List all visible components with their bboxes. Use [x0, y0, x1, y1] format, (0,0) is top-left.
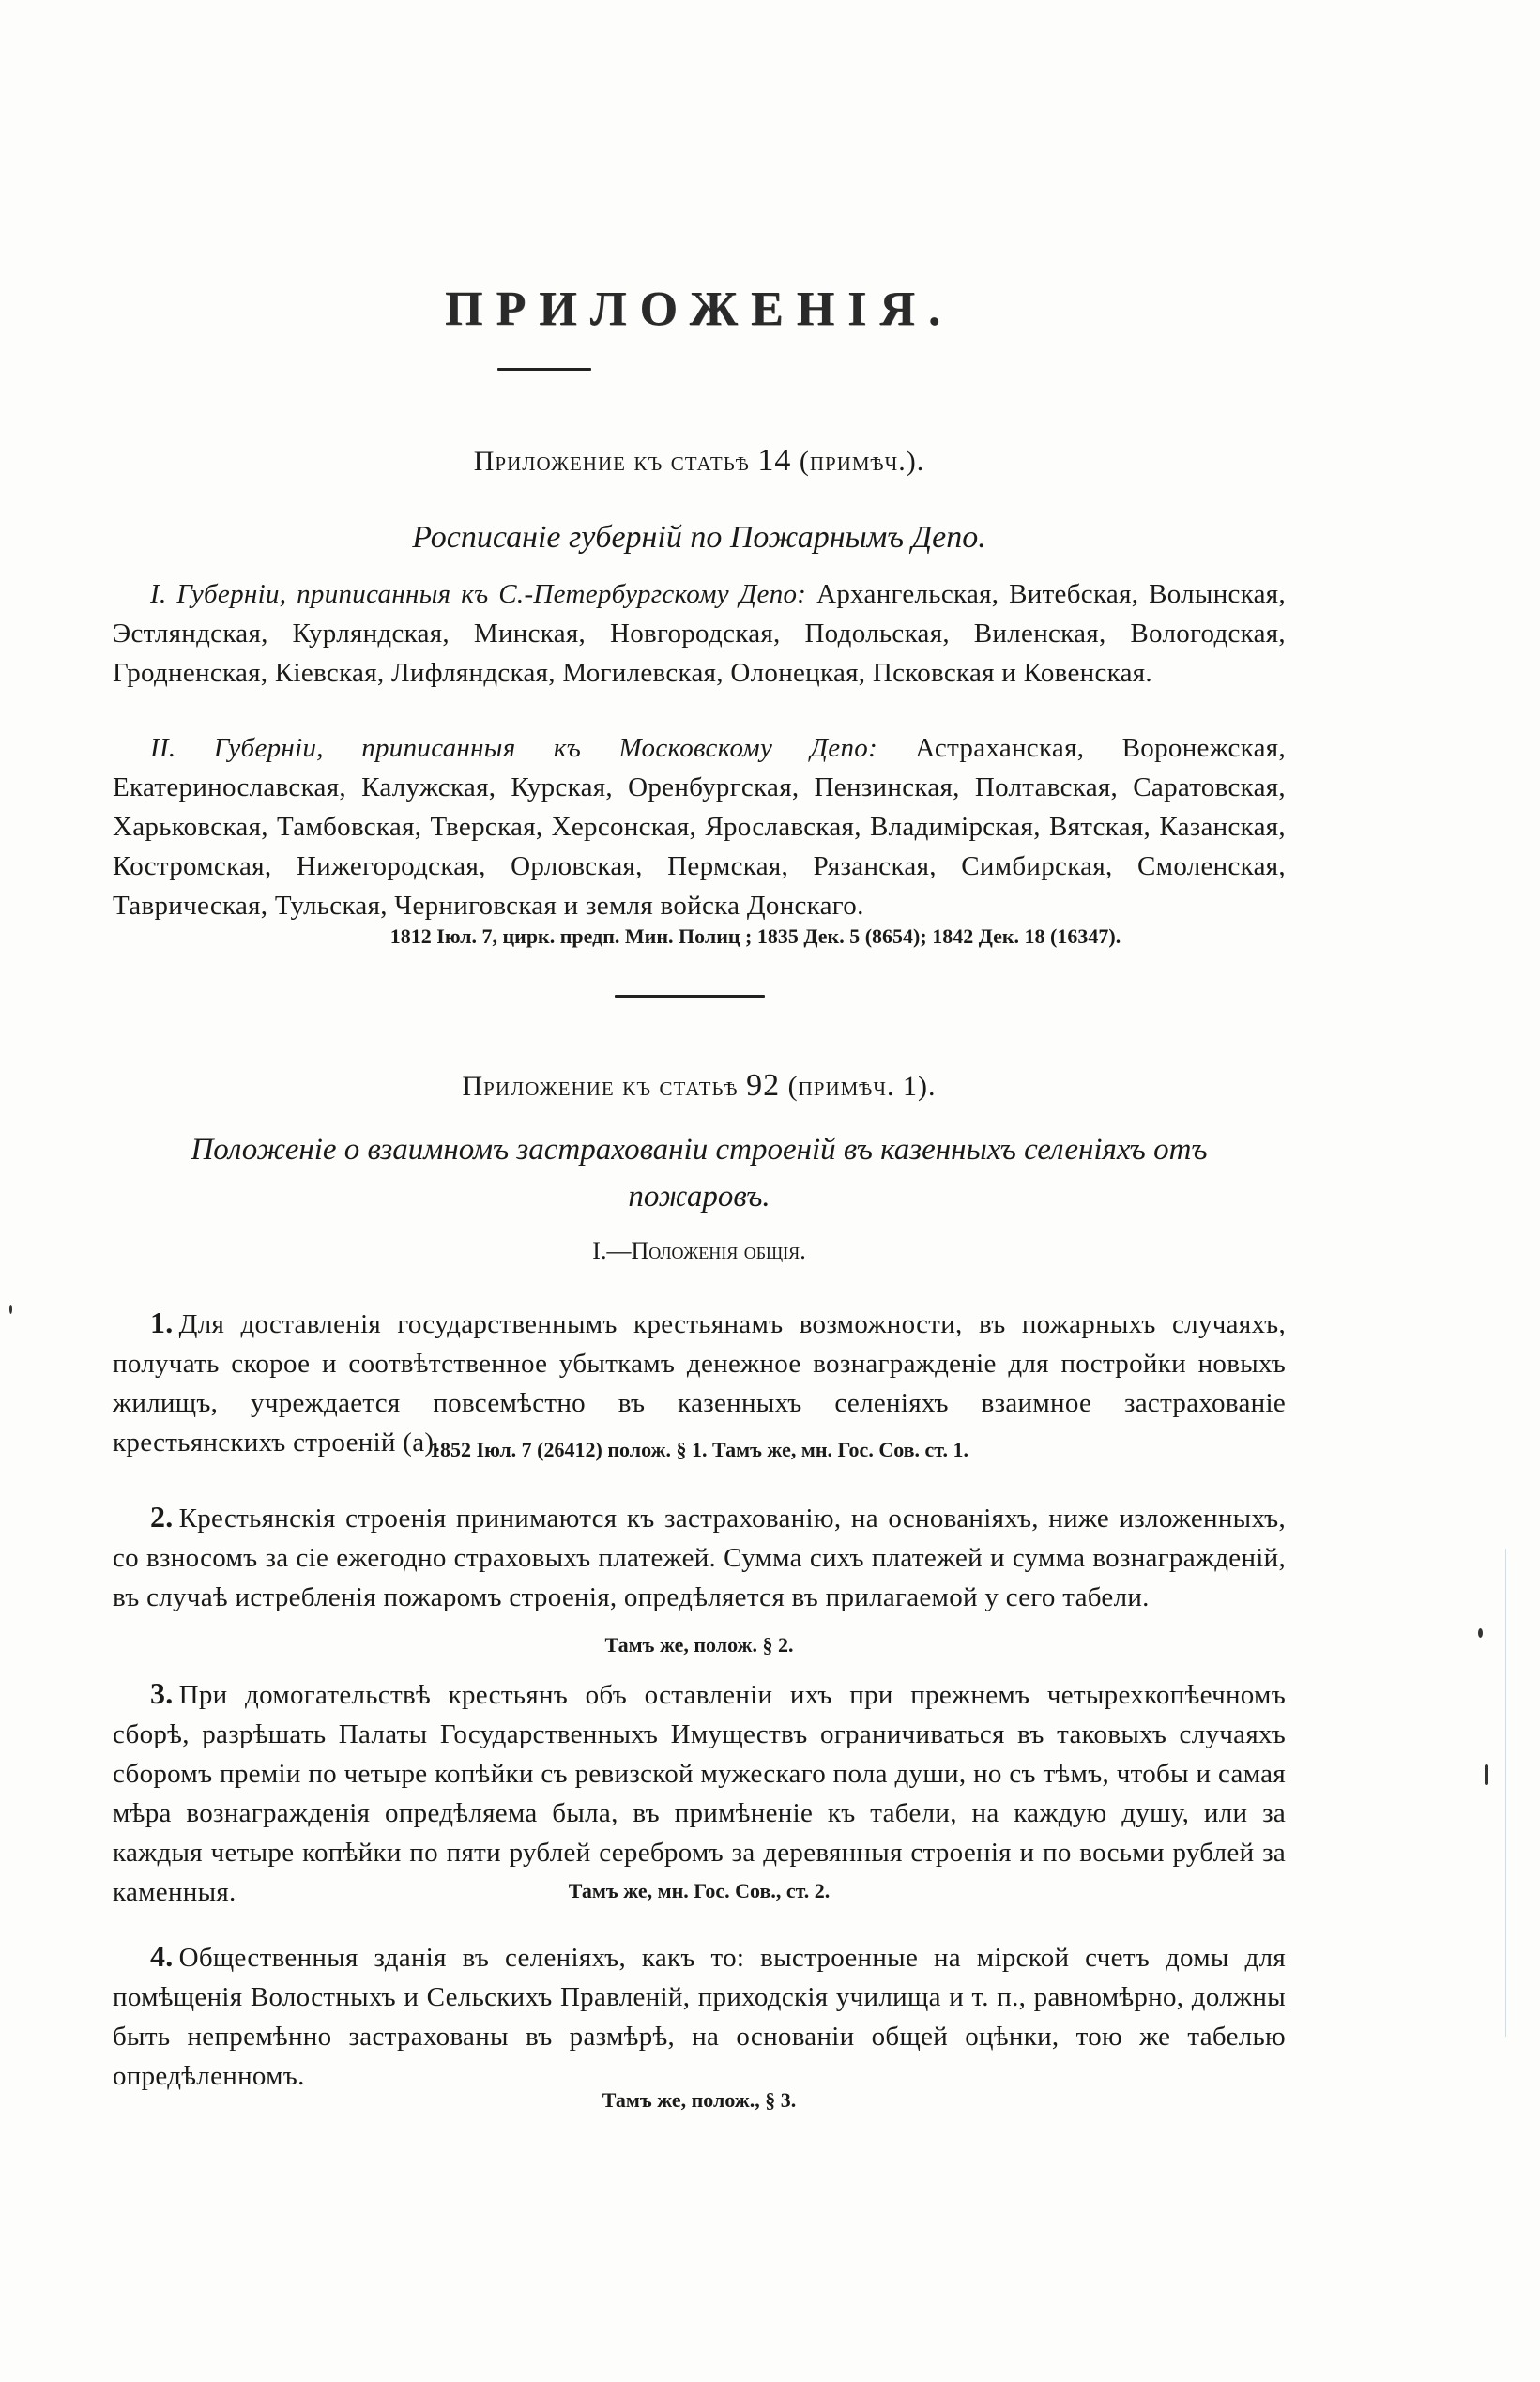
appendix-divider: [615, 995, 765, 998]
article-2-number: 2.: [150, 1500, 174, 1534]
article-2-text: Крестьянскія строенія принимаются къ зас…: [113, 1504, 1286, 1612]
scan-speck: [1478, 1628, 1483, 1638]
depot-moscow-paragraph: II. Губерніи, приписанныя къ Московскому…: [113, 728, 1286, 925]
appendix-2-subtitle-line-2: пожаровъ.: [113, 1173, 1286, 1220]
depot-petersburg-lead: I. Губерніи, приписанныя къ С.-Петербург…: [150, 579, 806, 609]
article-3-citation: Тамъ же, мн. Гос. Сов., ст. 2.: [113, 1879, 1286, 1903]
appendix-1-citation: 1812 Іюл. 7, цирк. предп. Мин. Полиц ; 1…: [169, 924, 1342, 949]
appendix-2-heading-suffix: (примѣч. 1).: [788, 1071, 937, 1102]
appendix-1-heading: Приложение къ статьѣ 14 (примѣч.).: [113, 443, 1286, 479]
article-1-text: Для доставленія государственнымъ крестья…: [113, 1309, 1286, 1458]
appendix-1-heading-prefix: Приложение къ статьѣ: [474, 446, 750, 477]
title-divider: [497, 368, 591, 371]
section-general-provisions: I.—Положенія общія.: [113, 1237, 1286, 1265]
article-1-citation: 1852 Іюл. 7 (26412) полож. § 1. Тамъ же,…: [113, 1438, 1286, 1462]
appendix-2-article-number: 92: [746, 1068, 780, 1103]
appendix-2-subtitle-line-1: Положеніе о взаимномъ застрахованіи стро…: [113, 1126, 1286, 1173]
scan-speck: [1485, 1764, 1488, 1785]
article-4: 4.Общественныя зданія въ селеніяхъ, какъ…: [113, 1936, 1286, 2096]
article-1-number: 1.: [150, 1306, 174, 1339]
article-3: 3.При домогательствѣ крестьянъ объ остав…: [113, 1673, 1286, 1912]
appendix-1-subtitle: Росписаніе губерній по Пожарнымъ Депо.: [113, 514, 1286, 561]
page-title: ПРИЛОЖЕНІЯ.: [113, 282, 1286, 337]
scan-edge-line: [1505, 1549, 1506, 2037]
article-4-number: 4.: [150, 1939, 174, 1973]
article-3-text: При домогательствѣ крестьянъ объ оставле…: [113, 1680, 1286, 1907]
article-4-citation: Тамъ же, полож., § 3.: [113, 2088, 1286, 2113]
article-3-number: 3.: [150, 1676, 174, 1710]
article-2-citation: Тамъ же, полож. § 2.: [113, 1633, 1286, 1657]
appendix-2-heading-prefix: Приложение къ статьѣ: [462, 1071, 738, 1102]
article-2: 2.Крестьянскія строенія принимаются къ з…: [113, 1497, 1286, 1617]
scan-speck: [9, 1305, 12, 1314]
article-4-text: Общественныя зданія въ селеніяхъ, какъ т…: [113, 1943, 1286, 2091]
appendix-1-article-number: 14: [757, 443, 791, 478]
depot-petersburg-paragraph: I. Губерніи, приписанныя къ С.-Петербург…: [113, 574, 1286, 693]
appendix-2-heading: Приложение къ статьѣ 92 (примѣч. 1).: [113, 1068, 1286, 1104]
depot-moscow-lead: II. Губерніи, приписанныя къ Московскому…: [150, 733, 877, 763]
appendix-1-heading-suffix: (примѣч.).: [800, 446, 924, 477]
